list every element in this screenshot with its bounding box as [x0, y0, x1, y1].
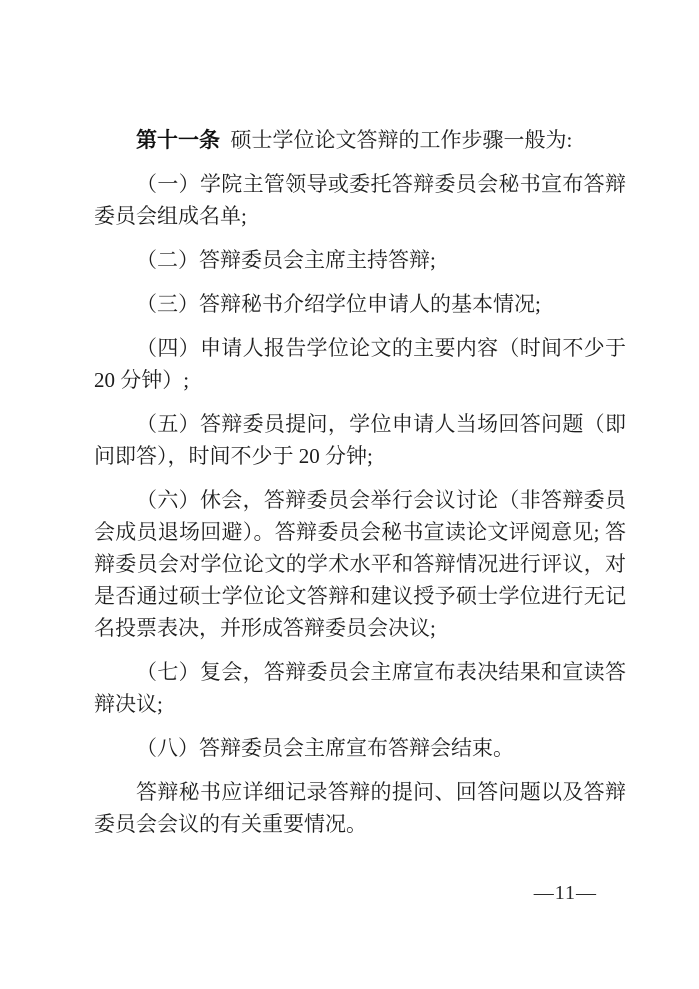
document-page: 第十一条硕士学位论文答辩的工作步骤一般为: （一）学院主管领导或委托答辩委员会秘… [94, 124, 626, 840]
paragraph-item-8: （八）答辩委员会主席宣布答辩会结束。 [94, 732, 626, 764]
paragraph-item-7: （七）复会，答辩委员会主席宣布表决结果和宣读答辩决议; [94, 656, 626, 720]
article-heading-text: 硕士学位论文答辩的工作步骤一般为: [231, 128, 573, 152]
paragraph-item-1: （一）学院主管领导或委托答辩委员会秘书宣布答辩委员会组成名单; [94, 168, 626, 232]
paragraph-item-5: （五）答辩委员提问，学位申请人当场回答问题（即问即答），时间不少于 20 分钟; [94, 408, 626, 472]
paragraph-item-6: （六）休会，答辩委员会举行会议讨论（非答辩委员会成员退场回避）。答辩委员会秘书宣… [94, 484, 626, 644]
paragraph-item-2: （二）答辩委员会主席主持答辩; [94, 244, 626, 276]
article-heading: 第十一条硕士学位论文答辩的工作步骤一般为: [94, 124, 626, 156]
article-number: 第十一条 [136, 128, 231, 152]
paragraph-item-4: （四）申请人报告学位论文的主要内容（时间不少于 20 分钟）; [94, 332, 626, 396]
page-number: —11— [534, 880, 597, 906]
paragraph-item-3: （三）答辩秘书介绍学位申请人的基本情况; [94, 288, 626, 320]
paragraph-item-9: 答辩秘书应详细记录答辩的提问、回答问题以及答辩委员会会议的有关重要情况。 [94, 776, 626, 840]
